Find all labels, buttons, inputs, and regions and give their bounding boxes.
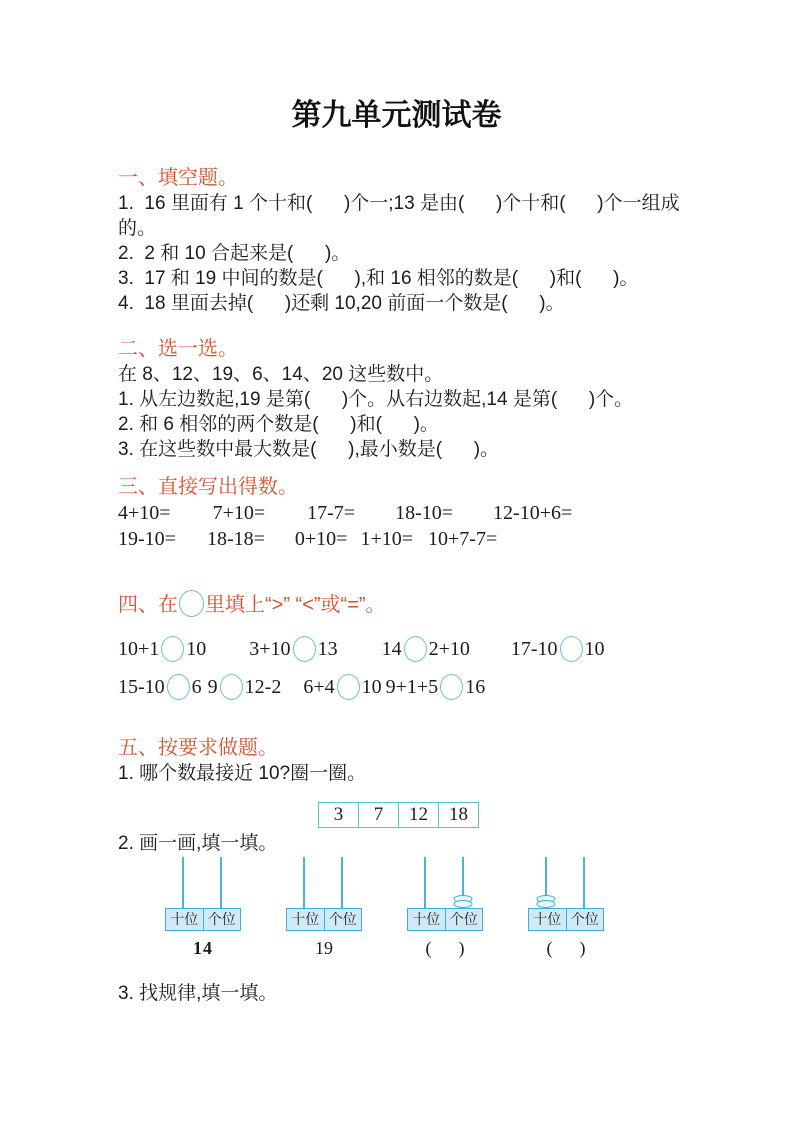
abacus-value-label: 14 xyxy=(165,938,241,959)
fill-blank-question-3: 3. 17 和 19 中间的数是( ),和 16 相邻的数是( )和( )。 xyxy=(118,266,696,291)
comparison-circle-icon xyxy=(560,636,583,662)
tens-rod xyxy=(303,857,305,909)
calc-expression: 18-10= xyxy=(395,500,453,526)
right-expression: 12-2 xyxy=(245,676,282,699)
worksheet-page: 第九单元测试卷 一、填空题。 1. 16 里面有 1 个十和( )个一;13 是… xyxy=(0,0,793,1122)
ones-rod xyxy=(341,857,343,909)
place-value-abacus: 十位 个位 ( ) xyxy=(407,856,483,959)
right-expression: 16 xyxy=(465,676,485,699)
comparison-circle-icon xyxy=(167,674,190,700)
compare-row-2: 15-106 912-2 6+410 9+1+516 xyxy=(118,668,703,706)
number-cell: 3 xyxy=(319,803,359,828)
calc-expression: 19-10= xyxy=(118,526,176,552)
right-expression: 2+10 xyxy=(429,638,470,661)
left-expression: 10+1 xyxy=(118,638,159,661)
left-expression: 6+4 xyxy=(303,676,334,699)
fill-blank-question-1: 1. 16 里面有 1 个十和( )个一;13 是由( )个十和( )个一组成的… xyxy=(118,191,696,241)
section-direct-calc: 三、直接写出得数。 4+10= 7+10= 17-7= 18-10= 12-10… xyxy=(118,474,703,552)
right-expression: 10 xyxy=(186,638,206,661)
task-question-3: 3. 找规律,填一填。 xyxy=(118,981,703,1006)
choose-intro: 在 8、12、19、6、14、20 这些数中。 xyxy=(118,362,703,387)
abacus-rods xyxy=(286,856,362,908)
fill-blank-question-4: 4. 18 里面去掉( )还剩 10,20 前面一个数是( )。 xyxy=(118,291,696,316)
heading-text-pre: 四、在 xyxy=(118,594,178,616)
place-value-box: 十位 个位 xyxy=(286,908,362,931)
comparison-item: 17-1010 xyxy=(511,636,605,662)
calc-expression: 7+10= xyxy=(213,500,266,526)
ones-label: 个位 xyxy=(325,909,362,930)
abacus-bead xyxy=(454,900,473,908)
abacus-value-label: ( ) xyxy=(528,938,604,959)
tens-rod xyxy=(182,857,184,909)
place-value-abacus: 十位 个位 14 xyxy=(165,856,241,959)
calc-row-2: 19-10= 18-18= 0+10= 1+10= 10+7-7= xyxy=(118,526,703,552)
right-expression: 13 xyxy=(318,638,338,661)
abacus-bead xyxy=(537,900,556,908)
section-compare: 四、在里填上“>” “<”或“=”。 10+110 3+1013 142+10 … xyxy=(118,590,703,706)
fill-blank-question-2: 2. 2 和 10 合起来是( )。 xyxy=(118,241,696,266)
place-value-abacus: 十位 个位 19 xyxy=(286,856,362,959)
ones-rod xyxy=(462,857,464,909)
section-fill-blanks: 一、填空题。 1. 16 里面有 1 个十和( )个一;13 是由( )个十和(… xyxy=(118,165,703,316)
place-value-abacus: 十位 个位 ( ) xyxy=(528,856,604,959)
comparison-circle-icon xyxy=(293,636,316,662)
section-choose: 二、选一选。 在 8、12、19、6、14、20 这些数中。 1. 从左边数起,… xyxy=(118,336,703,462)
tens-label: 十位 xyxy=(529,909,567,930)
abacus-rods xyxy=(407,856,483,908)
compare-row-1: 10+110 3+1013 142+10 17-1010 xyxy=(118,630,703,668)
calc-expression: 12-10+6= xyxy=(493,500,572,526)
comparison-circle-icon xyxy=(220,674,243,700)
abacus-rods xyxy=(165,856,241,908)
calc-expression: 1+10= xyxy=(360,526,413,552)
tens-label: 十位 xyxy=(408,909,446,930)
right-expression: 6 xyxy=(192,676,202,699)
number-cell: 7 xyxy=(359,803,399,828)
comparison-item: 6+410 xyxy=(303,674,381,700)
choose-question-2: 2. 和 6 相邻的两个数是( )和( )。 xyxy=(118,412,703,437)
comparison-item: 142+10 xyxy=(382,636,470,662)
choose-question-1: 1. 从左边数起,19 是第( )个。从右边数起,14 是第( )个。 xyxy=(118,387,703,412)
place-value-box: 十位 个位 xyxy=(165,908,241,931)
left-expression: 17-10 xyxy=(511,638,558,661)
calc-expression: 10+7-7= xyxy=(428,526,497,552)
section-3-heading: 三、直接写出得数。 xyxy=(118,474,703,500)
place-value-box: 十位 个位 xyxy=(528,908,604,931)
calc-expression: 17-7= xyxy=(307,500,355,526)
abacus-value-label: ( ) xyxy=(407,938,483,959)
abacus-value-label: 19 xyxy=(286,938,362,959)
abacus-rods xyxy=(528,856,604,908)
right-expression: 10 xyxy=(362,676,382,699)
left-expression: 15-10 xyxy=(118,676,165,699)
left-expression: 9+1+5 xyxy=(386,676,439,699)
tens-rod xyxy=(545,857,547,909)
number-table: 3 7 12 18 xyxy=(318,802,479,828)
comparison-item: 15-106 xyxy=(118,674,202,700)
calc-expression: 18-18= xyxy=(207,526,265,552)
section-5-heading: 五、按要求做题。 xyxy=(118,735,703,761)
ones-label: 个位 xyxy=(567,909,604,930)
number-cell: 12 xyxy=(399,803,439,828)
tens-rod xyxy=(424,857,426,909)
comparison-item: 3+1013 xyxy=(249,636,337,662)
number-cell: 18 xyxy=(439,803,479,828)
ones-label: 个位 xyxy=(204,909,241,930)
ones-label: 个位 xyxy=(446,909,483,930)
comparison-circle-icon xyxy=(440,674,463,700)
abacus-row: 十位 个位 14 十位 个位 19 xyxy=(165,856,703,959)
calc-expression: 0+10= xyxy=(295,526,348,552)
section-2-heading: 二、选一选。 xyxy=(118,336,703,362)
comparison-item: 9+1+516 xyxy=(386,674,486,700)
comparison-item: 10+110 xyxy=(118,636,206,662)
right-expression: 10 xyxy=(585,638,605,661)
left-expression: 9 xyxy=(208,676,218,699)
comparison-item: 912-2 xyxy=(208,674,282,700)
section-4-heading: 四、在里填上“>” “<”或“=”。 xyxy=(118,590,703,618)
section-1-heading: 一、填空题。 xyxy=(118,165,703,191)
ones-rod xyxy=(583,857,585,909)
choose-question-3: 3. 在这些数中最大数是( ),最小数是( )。 xyxy=(118,437,703,462)
ones-rod xyxy=(220,857,222,909)
left-expression: 14 xyxy=(382,638,402,661)
page-title: 第九单元测试卷 xyxy=(0,90,793,134)
comparison-circle-icon xyxy=(337,674,360,700)
task-question-2: 2. 画一画,填一填。 xyxy=(118,831,703,856)
task-question-1: 1. 哪个数最接近 10?圈一圈。 xyxy=(118,761,703,786)
circle-placeholder-icon xyxy=(179,590,204,617)
comparison-circle-icon xyxy=(161,636,184,662)
table-row: 3 7 12 18 xyxy=(319,803,479,828)
heading-text-post: 里填上“>” “<”或“=”。 xyxy=(205,594,386,616)
place-value-box: 十位 个位 xyxy=(407,908,483,931)
calc-expression: 4+10= xyxy=(118,500,171,526)
comparison-circle-icon xyxy=(404,636,427,662)
tens-label: 十位 xyxy=(287,909,325,930)
tens-label: 十位 xyxy=(166,909,204,930)
calc-row-1: 4+10= 7+10= 17-7= 18-10= 12-10+6= xyxy=(118,500,703,526)
section-tasks: 五、按要求做题。 1. 哪个数最接近 10?圈一圈。 3 7 12 18 2. … xyxy=(118,735,703,1006)
left-expression: 3+10 xyxy=(249,638,290,661)
